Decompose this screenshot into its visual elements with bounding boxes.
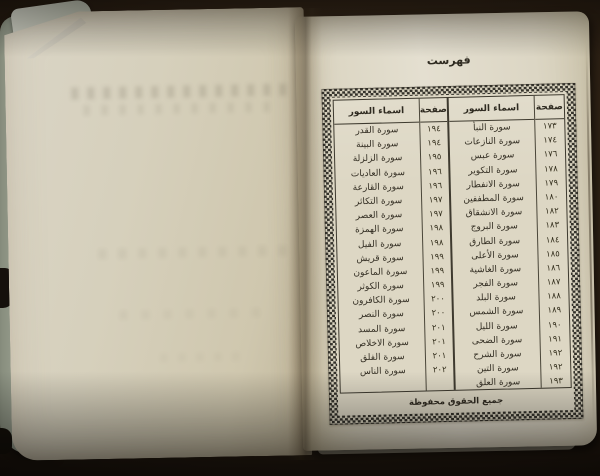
page-number-cells: ١٩٤١٩٤١٩٥١٩٦١٩٦١٩٧١٩٧١٩٨١٩٨١٩٩١٩٩١٩٩٢٠٠٢… — [420, 122, 453, 378]
page-number: ١٧٩ — [537, 176, 566, 191]
page-number: ١٩١ — [540, 332, 569, 347]
surah-name: سورة الناس — [340, 364, 425, 380]
ink-bleed-smudge — [71, 83, 287, 99]
column-surah-names-second-half: اسماء السور سورة القدرسورة البينةسورة ال… — [334, 99, 426, 393]
page-number: ١٩٧ — [422, 193, 449, 208]
page-number: ١٩٩ — [424, 278, 451, 293]
page-title: فهرست — [322, 51, 576, 69]
page-number: ١٧٤ — [536, 133, 565, 148]
page-number: ١٨٦ — [539, 261, 568, 276]
blank-left-page — [4, 7, 313, 461]
column-page-numbers-first-half: صفحة ١٧٣١٧٤١٧٦١٧٨١٧٩١٨٠١٨٢١٨٣١٨٤١٨٥١٨٦١٨… — [534, 95, 571, 388]
page-number: ١٨٢ — [537, 204, 566, 219]
torn-edge-notch — [0, 428, 12, 454]
surah-name-cells: سورة النبأسورة النازعاتسورة عبسسورة التك… — [449, 120, 541, 390]
index-page: فهرست اسماء السور سورة القدرسورة البينةس… — [295, 11, 597, 451]
page-number: ١٩٦ — [422, 179, 449, 194]
page-number: ١٩٦ — [421, 165, 448, 180]
page-number: ٢٠١ — [425, 335, 452, 350]
column-surah-names-first-half: اسماء السور سورة النبأسورة النازعاتسورة … — [449, 96, 541, 390]
page-number: ١٨٥ — [538, 247, 567, 262]
page-number: ١٩٩ — [424, 264, 451, 279]
page-number: ١٩٢ — [541, 346, 570, 361]
page-number: ١٩٢ — [541, 360, 570, 375]
page-number: ٢٠٢ — [426, 363, 453, 378]
page-number: ١٨٧ — [539, 275, 568, 290]
page-number: ١٨٣ — [538, 218, 567, 233]
page-number: ١٨٤ — [538, 233, 567, 248]
page-number: ١٩٧ — [422, 207, 449, 222]
page-number-cells: ١٧٣١٧٤١٧٦١٧٨١٧٩١٨٠١٨٢١٨٣١٨٤١٨٥١٨٦١٨٧١٨٨١… — [535, 119, 571, 388]
column-header-surah-names: اسماء السور — [449, 96, 535, 122]
page-number: ١٩٤ — [421, 136, 448, 151]
surah-name: سورة العلق — [455, 375, 540, 390]
index-panel: اسماء السور سورة القدرسورة البينةسورة ال… — [331, 92, 575, 416]
surah-index-table: اسماء السور سورة القدرسورة البينةسورة ال… — [333, 94, 572, 394]
surah-name: سورة المطففين — [451, 191, 536, 207]
column-header-page: صفحة — [420, 98, 448, 123]
photo-background: فهرست اسماء السور سورة القدرسورة البينةس… — [0, 0, 600, 476]
page-number: ١٧٦ — [536, 147, 565, 162]
copyright-notice: جميع الحقوق محفوظة — [340, 388, 572, 416]
ink-bleed-smudge — [119, 308, 269, 320]
page-number: ١٩٨ — [423, 221, 450, 236]
page-number: ١٩٨ — [423, 235, 450, 250]
page-number: ٢٠١ — [425, 321, 452, 336]
page-number: ١٩٣ — [541, 374, 570, 387]
page-number: ١٩٠ — [540, 318, 569, 333]
page-number: ٢٠٠ — [425, 306, 452, 321]
column-header-surah-names: اسماء السور — [334, 99, 420, 125]
ink-bleed-smudge — [98, 246, 288, 260]
page-number: ١٧٣ — [535, 119, 564, 134]
page-number: ١٩٤ — [420, 122, 447, 137]
page-number: ١٨٩ — [540, 303, 569, 318]
page-number: ١٩٥ — [421, 150, 448, 165]
page-number: ٢٠١ — [426, 349, 453, 364]
decorative-border: اسماء السور سورة القدرسورة البينةسورة ال… — [321, 83, 583, 425]
page-number: ١٨٨ — [539, 289, 568, 304]
page-number: ١٧٨ — [536, 162, 565, 177]
page-number: ١٨٠ — [537, 190, 566, 205]
page-edge-shadow — [585, 41, 594, 421]
column-header-page: صفحة — [535, 95, 565, 120]
surah-name-cells: سورة القدرسورة البينةسورة الزلزلةسورة ال… — [334, 123, 425, 380]
ink-bleed-smudge — [84, 102, 274, 116]
ink-bleed-smudge — [160, 352, 250, 362]
page-number: ٢٠٠ — [424, 292, 451, 307]
page-number: ١٩٩ — [423, 250, 450, 265]
